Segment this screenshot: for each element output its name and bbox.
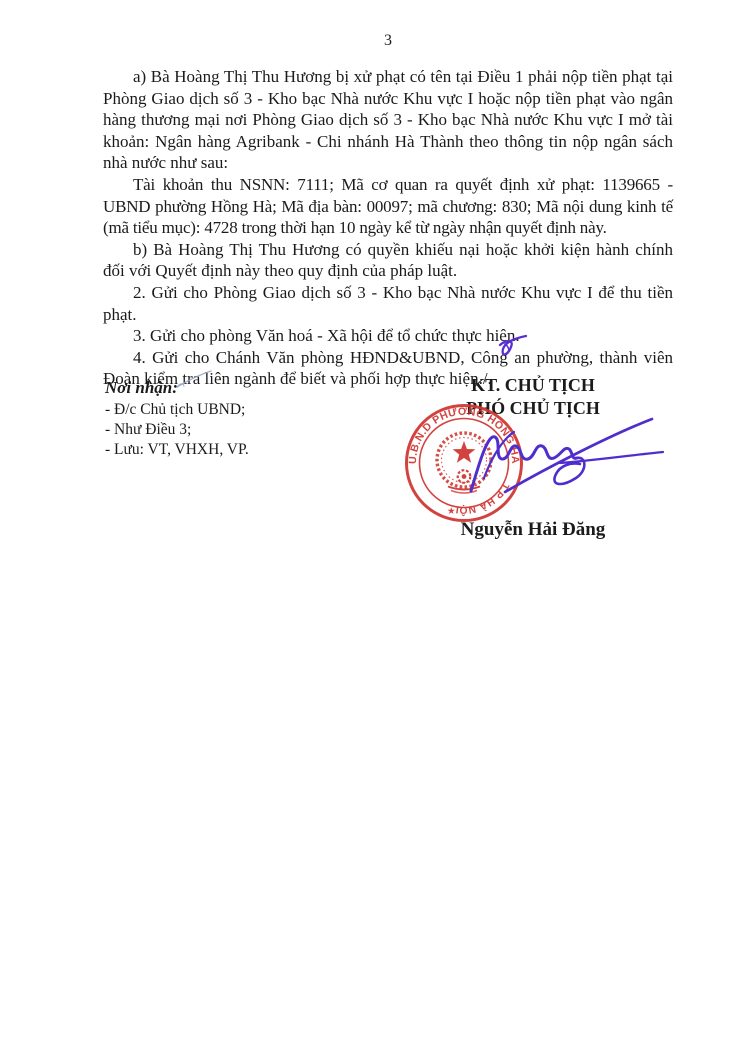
paragraph-budget-codes: Tài khoản thu NSNN: 7111; Mã cơ quan ra … (103, 174, 673, 239)
signer-title-line1: KT. CHỦ TỊCH (437, 374, 629, 397)
paragraph-item-3: 3. Gửi cho phòng Văn hoá - Xã hội để tổ … (103, 325, 673, 347)
recipient-line: - Lưu: VT, VHXH, VP. (105, 440, 365, 460)
recipient-line: - Đ/c Chủ tịch UBND; (105, 400, 365, 420)
pen-initial-mark (492, 334, 532, 364)
recipients-block: Nơi nhận: - Đ/c Chủ tịch UBND; - Như Điề… (105, 378, 365, 460)
pen-stroke-faint (174, 369, 216, 391)
recipient-line: - Như Điều 3; (105, 420, 365, 440)
handwritten-signature (438, 398, 673, 508)
document-page: 3 a) Bà Hoàng Thị Thu Hương bị xử phạt c… (0, 0, 740, 1047)
paragraph-b: b) Bà Hoàng Thị Thu Hương có quyền khiếu… (103, 239, 673, 282)
paragraph-item-2: 2. Gửi cho Phòng Giao dịch số 3 - Kho bạ… (103, 282, 673, 325)
recipients-label: Nơi nhận: (105, 378, 365, 398)
paragraph-a: a) Bà Hoàng Thị Thu Hương bị xử phạt có … (103, 66, 673, 174)
page-number: 3 (103, 32, 673, 50)
document-body: a) Bà Hoàng Thị Thu Hương bị xử phạt có … (103, 66, 673, 390)
